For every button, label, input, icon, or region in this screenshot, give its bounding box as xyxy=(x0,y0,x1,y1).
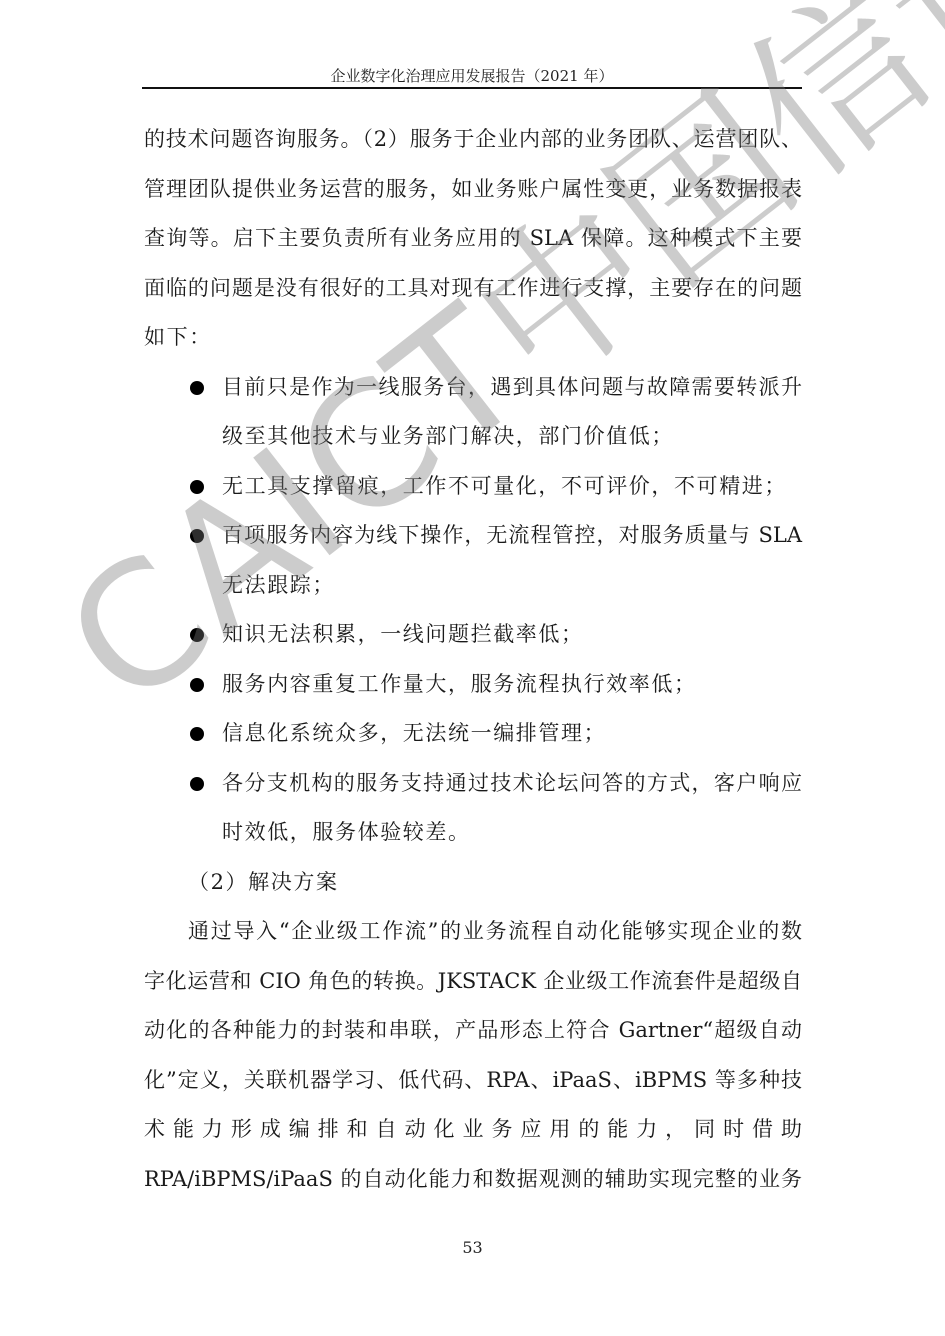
list-item-text: 各分支机构的服务支持通过技术论坛问答的方式，客户响应 xyxy=(222,771,802,795)
bullet-icon xyxy=(190,777,204,791)
list-item-text: 百项服务内容为线下操作，无流程管控，对服务质量与 SLA xyxy=(222,523,802,547)
text-line: 动化的各种能力的封装和串联，产品形态上符合 Gartner“超级自动 xyxy=(144,1006,802,1056)
text-line: 术能力形成编排和自动化业务应用的能力，同时借助 xyxy=(144,1105,802,1155)
list-item: 目前只是作为一线服务台，遇到具体问题与故障需要转派升 级至其他技术与业务部门解决… xyxy=(144,363,802,462)
text-line: 化”定义，关联机器学习、低代码、RPA、iPaaS、iBPMS 等多种技 xyxy=(144,1056,802,1106)
text-line: 字化运营和 CIO 角色的转换。JKSTACK 企业级工作流套件是超级自 xyxy=(144,957,802,1007)
list-item: 百项服务内容为线下操作，无流程管控，对服务质量与 SLA 无法跟踪； xyxy=(144,511,802,610)
bullet-icon xyxy=(190,727,204,741)
header-rule xyxy=(142,87,802,89)
text-line: 面临的问题是没有很好的工具对现有工作进行支撑，主要存在的问题 xyxy=(144,264,802,314)
list-item-text: 无法跟踪； xyxy=(144,561,802,611)
text-line: 通过导入“企业级工作流”的业务流程自动化能够实现企业的数 xyxy=(144,907,802,957)
bullet-icon xyxy=(190,529,204,543)
text-line: 管理团队提供业务运营的服务，如业务账户属性变更，业务数据报表 xyxy=(144,165,802,215)
bullet-icon xyxy=(190,628,204,642)
list-item-text: 级至其他技术与业务部门解决，部门价值低； xyxy=(144,412,802,462)
section-heading: （2）解决方案 xyxy=(144,858,802,908)
list-item: 无工具支撑留痕，工作不可量化，不可评价，不可精进； xyxy=(144,462,802,512)
list-item: 知识无法积累，一线问题拦截率低； xyxy=(144,610,802,660)
list-item-text: 目前只是作为一线服务台，遇到具体问题与故障需要转派升 xyxy=(222,375,802,399)
text-line: RPA/iBPMS/iPaaS 的自动化能力和数据观测的辅助实现完整的业务 xyxy=(144,1155,802,1205)
intro-paragraph: 的技术问题咨询服务。（2）服务于企业内部的业务团队、运营团队、 管理团队提供业务… xyxy=(144,115,802,363)
bullet-icon xyxy=(190,678,204,692)
page-number: 53 xyxy=(0,1238,945,1257)
list-item-text: 无工具支撑留痕，工作不可量化，不可评价，不可精进； xyxy=(222,474,787,498)
solution-paragraph: 通过导入“企业级工作流”的业务流程自动化能够实现企业的数 字化运营和 CIO 角… xyxy=(144,907,802,1204)
list-item: 各分支机构的服务支持通过技术论坛问答的方式，客户响应 时效低，服务体验较差。 xyxy=(144,759,802,858)
text-line: 如下： xyxy=(144,313,802,363)
text-line: 的技术问题咨询服务。（2）服务于企业内部的业务团队、运营团队、 xyxy=(144,115,802,165)
list-item: 服务内容重复工作量大，服务流程执行效率低； xyxy=(144,660,802,710)
list-item-text: 服务内容重复工作量大，服务流程执行效率低； xyxy=(222,672,697,696)
list-item-text: 知识无法积累，一线问题拦截率低； xyxy=(222,622,584,646)
list-item: 信息化系统众多，无法统一编排管理； xyxy=(144,709,802,759)
running-header: 企业数字化治理应用发展报告（2021 年） xyxy=(142,66,802,86)
bullet-icon xyxy=(190,480,204,494)
bullet-icon xyxy=(190,381,204,395)
list-item-text: 时效低，服务体验较差。 xyxy=(144,808,802,858)
body-text: 的技术问题咨询服务。（2）服务于企业内部的业务团队、运营团队、 管理团队提供业务… xyxy=(144,115,802,1204)
list-item-text: 信息化系统众多，无法统一编排管理； xyxy=(222,721,606,745)
problem-list: 目前只是作为一线服务台，遇到具体问题与故障需要转派升 级至其他技术与业务部门解决… xyxy=(144,363,802,858)
text-line: 查询等。启下主要负责所有业务应用的 SLA 保障。这种模式下主要 xyxy=(144,214,802,264)
document-page: 企业数字化治理应用发展报告（2021 年） 的技术问题咨询服务。（2）服务于企业… xyxy=(0,0,945,1336)
